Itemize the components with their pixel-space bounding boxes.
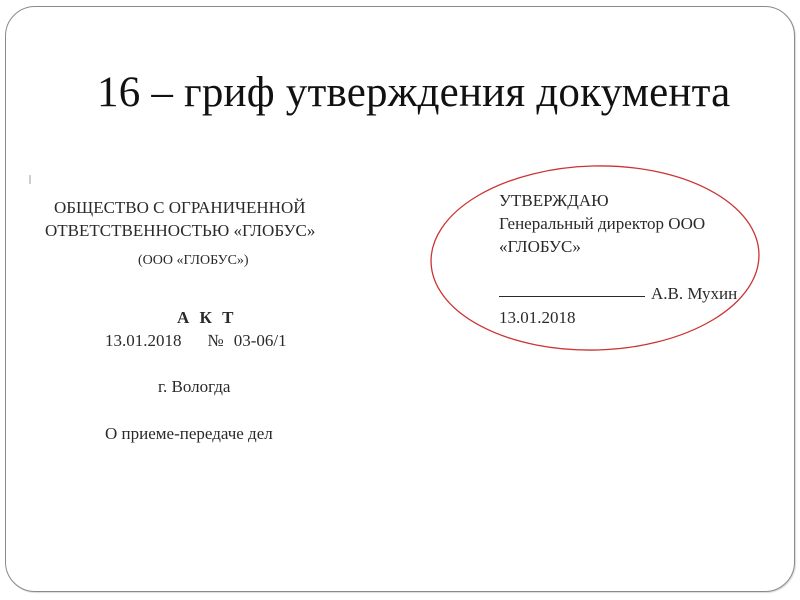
document-type: А К Т — [177, 308, 236, 328]
approval-heading: УТВЕРЖДАЮ — [499, 191, 609, 211]
approval-signature-line: А.В. Мухин — [499, 284, 737, 304]
approval-position-line1: Генеральный директор ООО — [499, 214, 705, 234]
organization-name-line1: ОБЩЕСТВО С ОГРАНИЧЕННОЙ — [54, 198, 306, 218]
organization-short-name: (ООО «ГЛОБУС») — [138, 253, 249, 269]
approval-position-line2: «ГЛОБУС» — [499, 237, 581, 257]
document-city: г. Вологда — [158, 377, 230, 397]
document-date: 13.01.2018 — [105, 331, 182, 350]
document-number: 03-06/1 — [234, 331, 287, 350]
signature-blank — [499, 296, 645, 297]
document-subject: О приеме-передаче дел — [105, 424, 273, 444]
approval-date: 13.01.2018 — [499, 308, 576, 328]
paragraph-marker — [29, 175, 31, 184]
document-number-label: № — [208, 331, 224, 350]
slide-title: 16 – гриф утверждения документа — [97, 68, 730, 117]
document-date-number: 13.01.2018№03-06/1 — [105, 331, 287, 351]
approval-signatory: А.В. Мухин — [651, 284, 737, 303]
organization-name-line2: ОТВЕТСТВЕННОСТЬЮ «ГЛОБУС» — [45, 221, 315, 241]
